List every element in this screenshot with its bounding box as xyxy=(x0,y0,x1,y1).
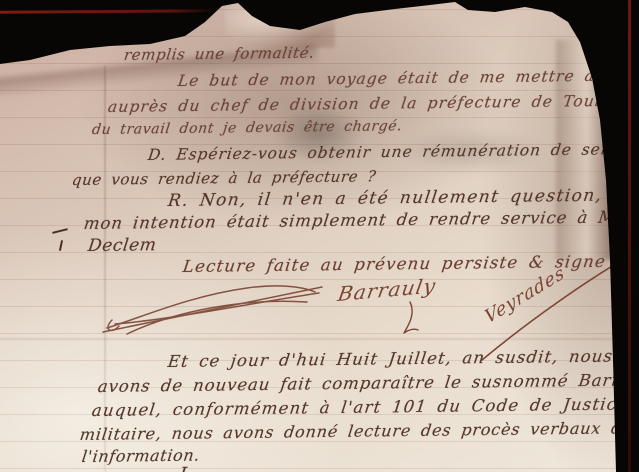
manuscript-line: Declem xyxy=(87,235,158,256)
red-book-edge-top xyxy=(0,9,215,14)
red-book-edge-right xyxy=(628,0,631,472)
signature-flourish-icon xyxy=(95,278,330,340)
manuscript-line: l'information. xyxy=(81,446,201,466)
manuscript-page: remplis une formalité. Le but de mon voy… xyxy=(0,0,639,472)
manuscript-line: que vous rendiez à la préfecture ? xyxy=(71,167,378,189)
signature-descender-icon xyxy=(396,300,426,336)
manuscript-line: remplis une formalité. xyxy=(123,44,316,64)
manuscript-line-partial: L xyxy=(179,464,193,472)
photograph-of-manuscript: remplis une formalité. Le but de mon voy… xyxy=(0,0,639,472)
crumpled-paper-area xyxy=(225,0,335,48)
